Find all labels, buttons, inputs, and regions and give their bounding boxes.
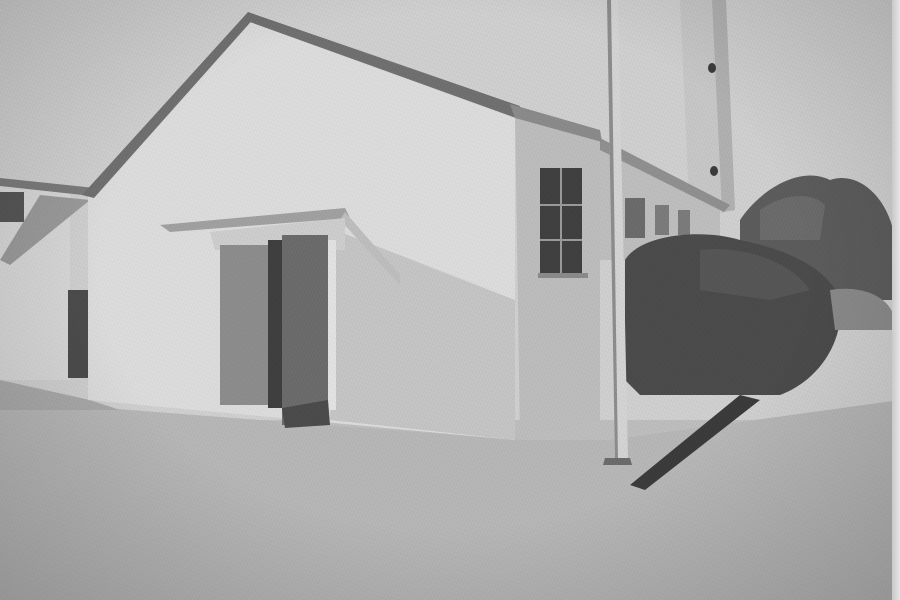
scene xyxy=(0,0,900,600)
side-window xyxy=(538,168,588,278)
double-door xyxy=(220,235,336,428)
page-edge xyxy=(892,0,900,600)
photograph xyxy=(0,0,900,600)
